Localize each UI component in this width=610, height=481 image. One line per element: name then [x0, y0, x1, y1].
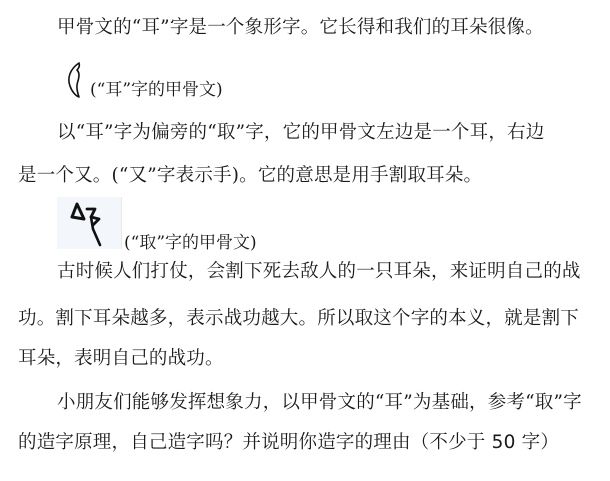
question-line2-text: 的造字原理，自己造字吗？并说明你造字的理由（不少于	[18, 432, 492, 453]
caption-er-oracle-bone: (“耳”字的甲骨文)	[90, 79, 223, 101]
paragraph-history-line2: 功。割下耳朵越多，表示战功越大。所以取这个字的本义，就是割下	[18, 307, 579, 331]
paragraph-qu-line1: 以“耳”字为偏旁的“取”字，它的甲骨文左边是一个耳，右边	[57, 121, 544, 145]
oracle-bone-er-glyph-icon	[64, 60, 88, 100]
figure-divider	[121, 197, 122, 249]
paragraph-history-line1: 古时候人们打仗，会割下死去敌人的一只耳朵，来证明自己的战	[57, 260, 581, 284]
word-count-number: 50	[492, 432, 516, 453]
paragraph-history-line3: 耳朵，表明自己的战功。	[18, 347, 224, 371]
question-line2-end: 字）	[516, 432, 559, 453]
oracle-bone-qu-glyph-icon	[57, 197, 121, 249]
paragraph-er-intro: 甲骨文的“耳”字是一个象形字。它长得和我们的耳朵很像。	[57, 16, 544, 40]
paragraph-qu-line2: 是一个又。(“又”字表示手)。它的意思是用手割取耳朵。	[18, 164, 482, 188]
question-line2: 的造字原理，自己造字吗？并说明你造字的理由（不少于 50 字）	[18, 431, 559, 455]
caption-qu-oracle-bone: (“取”字的甲骨文)	[124, 232, 257, 254]
question-line1: 小朋友们能够发挥想象力，以甲骨文的“耳”为基础，参考“取”字	[57, 391, 582, 415]
